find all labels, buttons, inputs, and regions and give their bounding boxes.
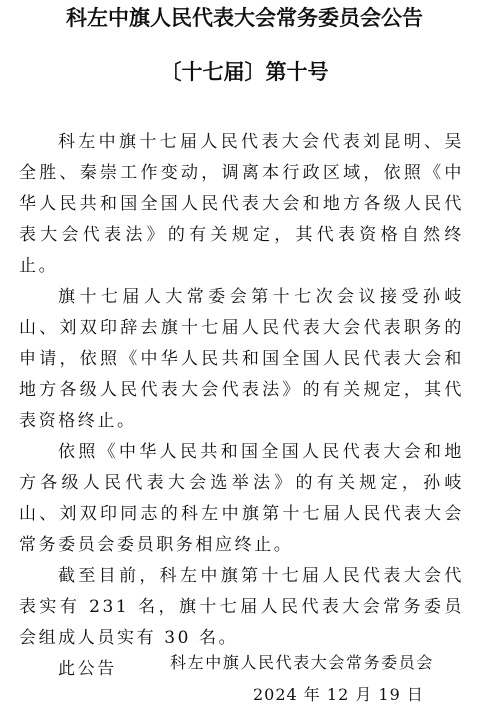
document-body: 科左中旗十七届人民代表大会代表刘昆明、吴全胜、秦崇工作变动，调离本行政区域，依照…: [19, 127, 464, 685]
document-number: 〔十七届〕第十号: [0, 58, 489, 86]
signature-organization: 科左中旗人民代表大会常务委员会: [170, 647, 470, 679]
paragraph-committee-duties-terminated: 依照《中华人民共和国全国人民代表大会和地方各级人民代表大会选举法》的有关规定，孙…: [19, 437, 464, 561]
signature-date: 2024 年 12 月 19 日: [170, 679, 470, 711]
paragraph-current-counts: 截至目前，科左中旗第十七届人民代表大会代表实有 231 名，旗十七届人民代表大会…: [19, 561, 464, 654]
document-title: 科左中旗人民代表大会常务委员会公告: [0, 4, 489, 32]
paragraph-resignation-accepted: 旗十七届人大常委会第十七次会议接受孙岐山、刘双印辞去旗十七届人民代表大会代表职务…: [19, 282, 464, 437]
signature-block: 科左中旗人民代表大会常务委员会 2024 年 12 月 19 日: [170, 647, 470, 711]
paragraph-representatives-transferred: 科左中旗十七届人民代表大会代表刘昆明、吴全胜、秦崇工作变动，调离本行政区域，依照…: [19, 127, 464, 282]
